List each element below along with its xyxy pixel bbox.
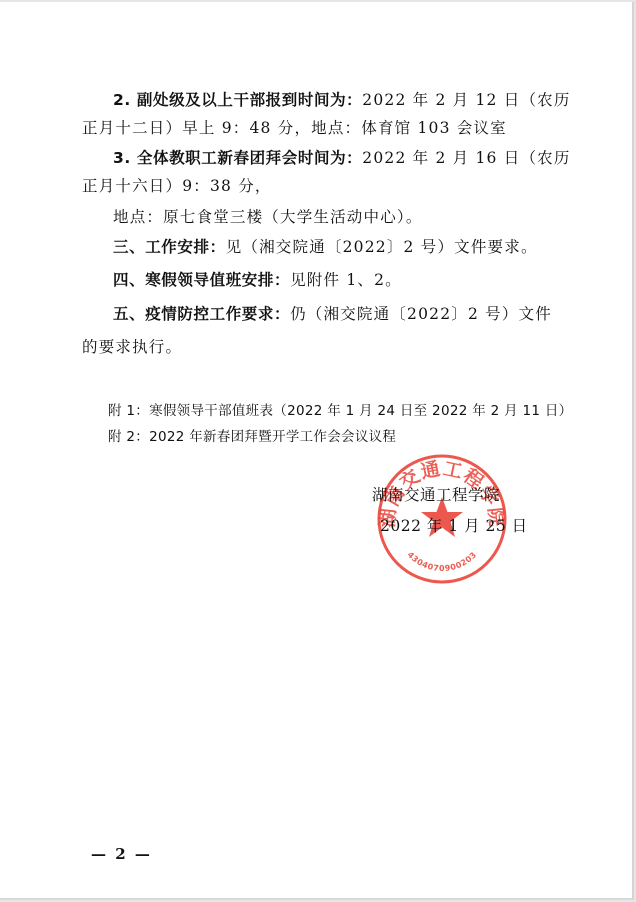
seal-code: 4304070900203: [406, 550, 479, 573]
section-5-line-2: 的要求执行。: [82, 337, 182, 357]
signature-date: 2022 年 1 月 25 日: [380, 516, 528, 536]
section-4-heading: 四、寒假领导值班安排：: [113, 271, 290, 289]
section-5-line-1: 五、疫情防控工作要求：仍（湘交院通〔2022〕2 号）文件: [113, 304, 552, 324]
svg-text:4304070900203: 4304070900203: [406, 550, 479, 573]
section-5-text: 仍（湘交院通〔2022〕2 号）文件: [290, 305, 552, 323]
section-5-heading: 五、疫情防控工作要求：: [113, 305, 290, 323]
item-2-text: 2022 年 2 月 12 日（农历: [362, 91, 570, 109]
item-3-text: 2022 年 2 月 16 日（农历: [362, 149, 570, 167]
item-3-line-2: 正月十六日）9：38 分，: [82, 176, 272, 196]
section-4-text: 见附件 1、2。: [290, 271, 402, 289]
signature-organization: 湖南交通工程学院: [372, 485, 500, 505]
section-3-text: 见（湘交院通〔2022〕2 号）文件要求。: [226, 238, 538, 256]
item-2-line-2: 正月十二日）早上 9：48 分，地点：体育馆 103 会议室: [82, 118, 507, 138]
item-3-heading: 3. 全体教职工新春团拜会时间为：: [113, 149, 362, 167]
appendix-2: 附 2：2022 年新春团拜暨开学工作会会议议程: [108, 428, 396, 446]
appendix-1: 附 1：寒假领导干部值班表（2022 年 1 月 24 日至 2022 年 2 …: [108, 402, 572, 420]
section-3-heading: 三、工作安排：: [113, 238, 226, 256]
section-3-line: 三、工作安排：见（湘交院通〔2022〕2 号）文件要求。: [113, 237, 538, 257]
item-2-heading: 2. 副处级及以上干部报到时间为：: [113, 91, 362, 109]
item-3-line-3: 地点：原七食堂三楼（大学生活动中心）。: [113, 207, 423, 227]
document-page: 2. 副处级及以上干部报到时间为：2022 年 2 月 12 日（农历 正月十二…: [0, 2, 634, 900]
section-4-line: 四、寒假领导值班安排：见附件 1、2。: [113, 270, 402, 290]
item-2-line-1: 2. 副处级及以上干部报到时间为：2022 年 2 月 12 日（农历: [113, 90, 571, 110]
item-3-line-1: 3. 全体教职工新春团拜会时间为：2022 年 2 月 16 日（农历: [113, 148, 571, 168]
page-number: — 2 —: [91, 845, 152, 863]
